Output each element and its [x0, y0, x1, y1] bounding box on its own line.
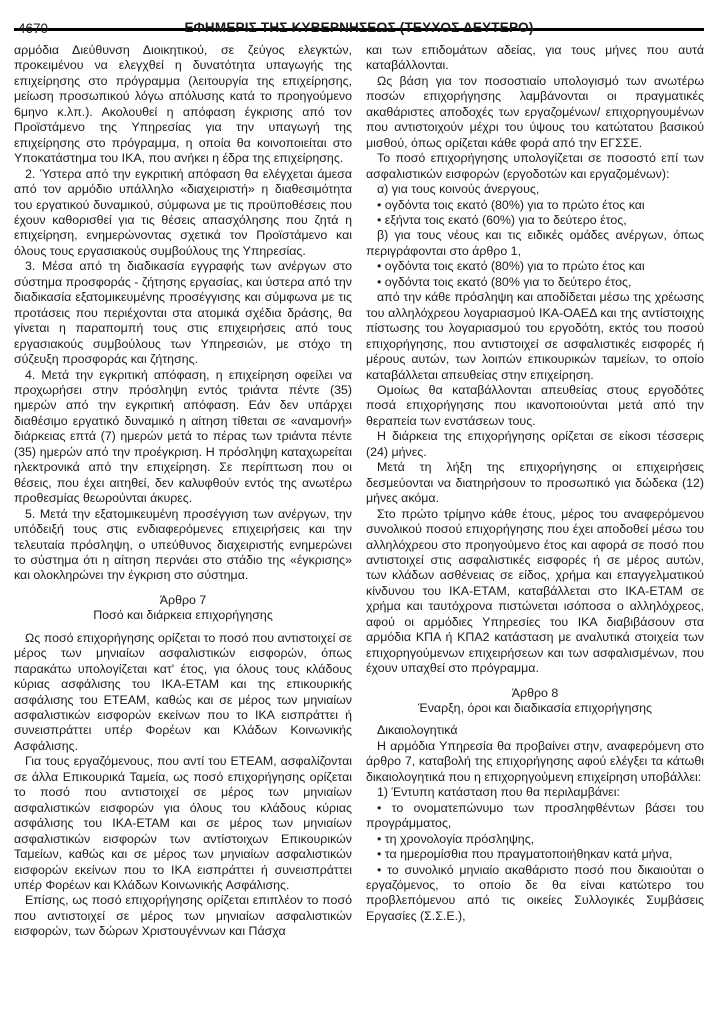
- bullet-item: • ογδόντα τοις εκατό (80%) για το πρώτο …: [366, 259, 704, 274]
- paragraph: 2. Ύστερα από την εγκριτική απόφαση θα ε…: [14, 167, 352, 260]
- paragraph: Ως ποσό επιχορήγησης ορίζεται το ποσό πο…: [14, 631, 352, 755]
- bullet-item: • το ονοματεπώνυμο των προσληφθέντων βάσ…: [366, 801, 704, 832]
- paragraph: 3. Μέσα από τη διαδικασία εγγραφής των α…: [14, 259, 352, 367]
- paragraph: Επίσης, ως ποσό επιχορήγησης ορίζεται επ…: [14, 893, 352, 939]
- paragraph: 1) Έντυπη κατάσταση που θα περιλαμβάνει:: [366, 785, 704, 800]
- bullet-item: • τα ημερομίσθια που πραγματοποιήθηκαν κ…: [366, 847, 704, 862]
- paragraph: Το ποσό επιχορήγησης υπολογίζεται σε ποσ…: [366, 151, 704, 182]
- paragraph: Η αρμόδια Υπηρεσία θα προβαίνει στην, αν…: [366, 739, 704, 785]
- bullet-item: • εξήντα τοις εκατό (60%) για το δεύτερο…: [366, 213, 704, 228]
- paragraph: 4. Μετά την εγκριτική απόφαση, η επιχείρ…: [14, 368, 352, 507]
- bullet-item: • το συνολικό μηνιαίο ακαθάριστο ποσό πο…: [366, 863, 704, 925]
- article-7-subtitle: Ποσό και διάρκεια επιχορήγησης: [14, 608, 352, 623]
- page-title: ΕΦΗΜΕΡΙΣ ΤΗΣ ΚΥΒΕΡΝΗΣΕΩΣ (ΤΕΥΧΟΣ ΔΕΥΤΕΡΟ…: [0, 20, 718, 35]
- left-column: αρμόδια Διεύθυνση Διοικητικού, σε ζεύγος…: [14, 43, 352, 940]
- paragraph: από την κάθε πρόσληψη και αποδίδεται μέσ…: [366, 290, 704, 383]
- paragraph: Μετά τη λήξη της επιχορήγησης οι επιχειρ…: [366, 460, 704, 506]
- list-item-a: α) για τους κοινούς άνεργους,: [366, 182, 704, 197]
- paragraph: αρμόδια Διεύθυνση Διοικητικού, σε ζεύγος…: [14, 43, 352, 167]
- content: αρμόδια Διεύθυνση Διοικητικού, σε ζεύγος…: [0, 31, 718, 940]
- paragraph: Για τους εργαζόμενους, που αντί του ΕΤΕΑ…: [14, 754, 352, 893]
- bullet-item: • ογδόντα τοις εκατό (80%) για το πρώτο …: [366, 198, 704, 213]
- article-8-heading: Άρθρο 8: [366, 686, 704, 701]
- gazette-page: ΕΦΗΜΕΡΙΣ ΤΗΣ ΚΥΒΕΡΝΗΣΕΩΣ (ΤΕΥΧΟΣ ΔΕΥΤΕΡΟ…: [0, 0, 718, 1036]
- paragraph: Δικαιολογητικά: [366, 723, 704, 738]
- page-header: ΕΦΗΜΕΡΙΣ ΤΗΣ ΚΥΒΕΡΝΗΣΕΩΣ (ΤΕΥΧΟΣ ΔΕΥΤΕΡΟ…: [0, 0, 718, 25]
- bullet-item: • ογδόντα τοις εκατό (80% για το δεύτερο…: [366, 275, 704, 290]
- paragraph: Ομοίως θα καταβάλλονται απευθείας στους …: [366, 383, 704, 429]
- list-item-b: β) για τους νέους και τις ειδικές ομάδες…: [366, 228, 704, 259]
- paragraph: Στο πρώτο τρίμηνο κάθε έτους, μέρος του …: [366, 507, 704, 677]
- bullet-item: • τη χρονολογία πρόσληψης,: [366, 832, 704, 847]
- paragraph: Ως βάση για τον ποσοστιαίο υπολογισμό τω…: [366, 74, 704, 151]
- paragraph: 5. Μετά την εξατομικευμένη προσέγγιση τω…: [14, 507, 352, 584]
- paragraph: και των επιδομάτων αδείας, για τους μήνε…: [366, 43, 704, 74]
- paragraph: Η διάρκεια της επιχορήγησης ορίζεται σε …: [366, 429, 704, 460]
- article-7-heading: Άρθρο 7: [14, 593, 352, 608]
- right-column: και των επιδομάτων αδείας, για τους μήνε…: [366, 43, 704, 940]
- article-8-subtitle: Έναρξη, όροι και διαδικασία επιχορήγησης: [366, 701, 704, 716]
- page-number: 4670: [18, 21, 48, 36]
